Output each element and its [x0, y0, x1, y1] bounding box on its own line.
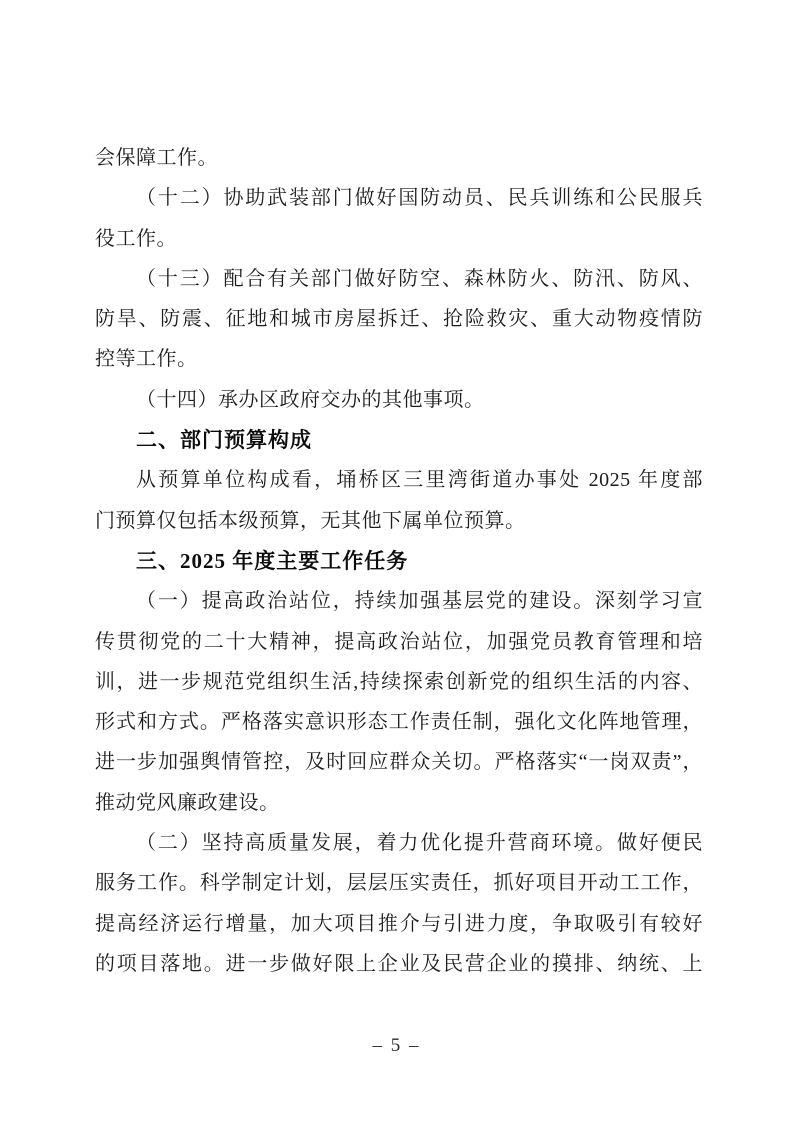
text-line: （十三）配合有关部门做好防空、森林防火、防汛、防风、 [95, 259, 703, 299]
section-heading: 三、2025 年度主要工作任务 [95, 541, 703, 581]
text-line: 进一步加强舆情管控，及时回应群众关切。严格落实“一岗双责”， [95, 742, 703, 782]
text-line: 的项目落地。进一步做好限上企业及民营企业的摸排、纳统、上 [95, 944, 703, 984]
document-page: 会保障工作。（十二）协助武装部门做好国防动员、民兵训练和公民服兵役工作。（十三）… [0, 0, 793, 1122]
text-line: 会保障工作。 [95, 138, 703, 178]
page-number: – 5 – [0, 1033, 793, 1059]
text-line: 形式和方式。严格落实意识形态工作责任制，强化文化阵地管理， [95, 702, 703, 742]
text-line: （一）提高政治站位，持续加强基层党的建设。深刻学习宣 [95, 581, 703, 621]
text-line: 控等工作。 [95, 339, 703, 379]
text-line: 门预算仅包括本级预算，无其他下属单位预算。 [95, 501, 703, 541]
text-line: 役工作。 [95, 219, 703, 259]
text-line: 提高经济运行增量，加大项目推介与引进力度，争取吸引有较好 [95, 904, 703, 944]
text-line: 服务工作。科学制定计划，层层压实责任，抓好项目开动工工作， [95, 863, 703, 903]
text-line: （二）坚持高质量发展，着力优化提升营商环境。做好便民 [95, 823, 703, 863]
text-line: 训，进一步规范党组织生活,持续探索创新党的组织生活的内容、 [95, 662, 703, 702]
text-line: 防旱、防震、征地和城市房屋拆迁、抢险救灾、重大动物疫情防 [95, 299, 703, 339]
section-heading: 二、部门预算构成 [95, 420, 703, 460]
text-line: （十四）承办区政府交办的其他事项。 [95, 380, 703, 420]
text-line: 传贯彻党的二十大精神，提高政治站位，加强党员教育管理和培 [95, 622, 703, 662]
text-line: 从预算单位构成看，埇桥区三里湾街道办事处 2025 年度部 [95, 460, 703, 500]
text-line: （十二）协助武装部门做好国防动员、民兵训练和公民服兵 [95, 178, 703, 218]
text-line: 推动党风廉政建设。 [95, 783, 703, 823]
document-body: 会保障工作。（十二）协助武装部门做好国防动员、民兵训练和公民服兵役工作。（十三）… [95, 138, 703, 984]
